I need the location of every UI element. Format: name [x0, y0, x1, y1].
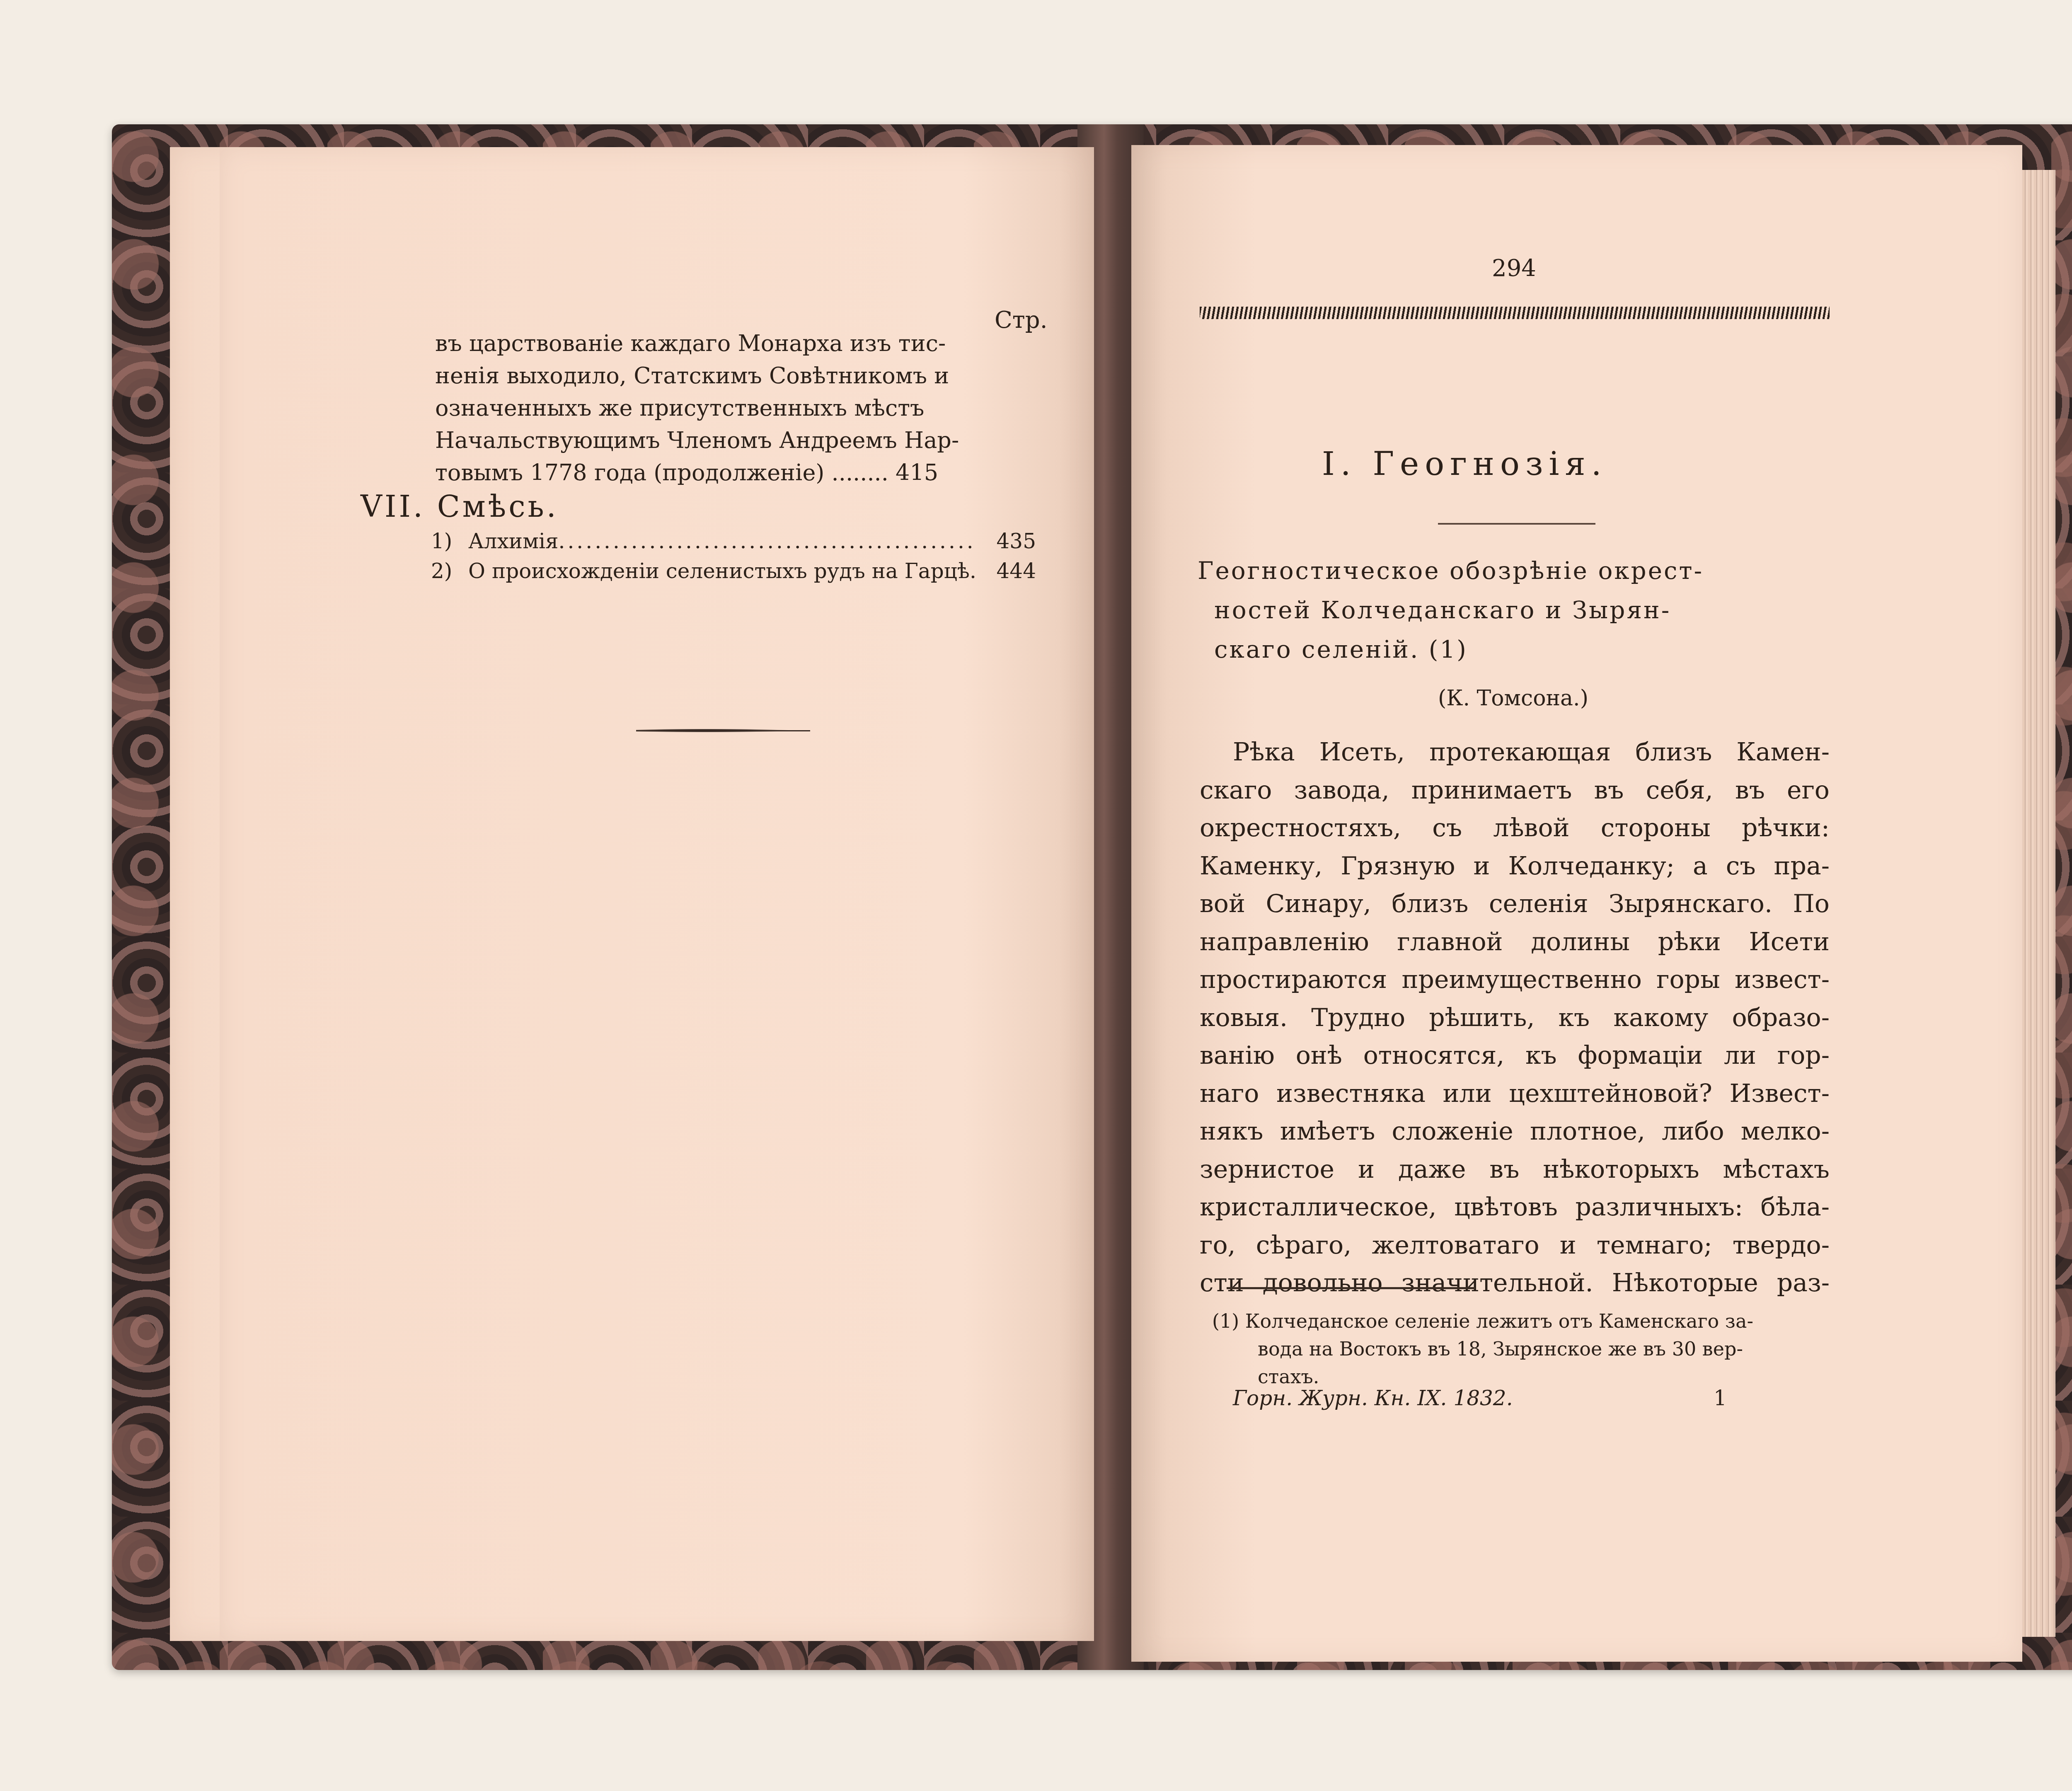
- article-title-line: ностей Колчеданскаго и Зырян-: [1198, 591, 1828, 630]
- page-edges: [2022, 170, 2055, 1637]
- body-text: Рѣка Исеть, протекающая близъ Камен- ска…: [1200, 733, 1830, 1302]
- zigzag-rule-icon: [1200, 307, 1830, 319]
- tailpiece-ornament-icon: [636, 729, 810, 733]
- toc-item-label: О происхожденіи селенистыхъ рудъ на Гарц…: [468, 556, 976, 586]
- article-title-line: скаго селеній. (1): [1198, 630, 1828, 669]
- body-line: зернистое и даже въ нѣкоторыхъ мѣстахъ: [1200, 1151, 1830, 1189]
- toc-item: 2) О происхожденіи селенистыхъ рудъ на Г…: [431, 556, 1036, 586]
- chapter-title: I. Геогнозія.: [1322, 445, 1607, 483]
- toc-line: въ царствованіе каждаго Монарха изъ тис-: [435, 327, 1036, 360]
- footnote-line: вода на Востокъ въ 18, Зырянское же въ 3…: [1212, 1335, 1846, 1363]
- body-line: вой Синару, близъ селенія Зырянскаго. По: [1200, 885, 1830, 923]
- article-title-line: Геогностическое обозрѣніе окрест-: [1198, 551, 1828, 591]
- body-line: Рѣка Исеть, протекающая близъ Камен-: [1200, 733, 1830, 772]
- body-line: кристаллическое, цвѣтовъ различныхъ: бѣл…: [1200, 1188, 1830, 1227]
- body-line: някъ имѣетъ сложеніе плотное, либо мелко…: [1200, 1113, 1830, 1151]
- body-line: го, сѣраго, желтоватаго и темнаго; тверд…: [1200, 1227, 1830, 1265]
- footnote-divider: [1227, 1287, 1475, 1289]
- toc-line: Начальствующимъ Членомъ Андреемъ Нар-: [435, 424, 1036, 457]
- toc-line: означенныхъ же присутственныхъ мѣстъ: [435, 392, 1036, 424]
- toc-item: 1) Алхимія .............................…: [431, 526, 1036, 556]
- section-heading: VII. Смѣсь.: [361, 489, 559, 524]
- body-line: ванію онѣ относятся, къ формаціи ли гор-: [1200, 1037, 1830, 1075]
- footnote-line: (1) Колчеданское селеніе лежитъ отъ Каме…: [1212, 1307, 1846, 1335]
- signature-number: 1: [1714, 1386, 1727, 1410]
- article-title: Геогностическое обозрѣніе окрест- ностей…: [1198, 551, 1828, 669]
- toc-item-page: 444: [997, 556, 1036, 586]
- divider: [1438, 523, 1595, 525]
- toc-line: товымъ 1778 года (продолженіе) ........ …: [435, 457, 1036, 489]
- toc-item-number: 1): [431, 526, 468, 556]
- toc-items: 1) Алхимія .............................…: [431, 526, 1036, 586]
- article-author: (К. Томсона.): [1438, 686, 1588, 711]
- body-line: наго известняка или цехштейновой? Извест…: [1200, 1075, 1830, 1113]
- body-line: простираются преимущественно горы извест…: [1200, 961, 1830, 999]
- footnote: (1) Колчеданское селеніе лежитъ отъ Каме…: [1212, 1307, 1846, 1391]
- body-line: сти довольно значительной. Нѣкоторые раз…: [1200, 1264, 1830, 1302]
- body-line: Каменку, Грязную и Колчеданку; а съ пра-: [1200, 847, 1830, 886]
- toc-continuation: въ царствованіе каждаго Монарха изъ тис-…: [435, 327, 1036, 489]
- body-line: ковыя. Трудно рѣшить, къ какому образо-: [1200, 999, 1830, 1037]
- toc-item-leader: ........................................…: [559, 526, 988, 556]
- toc-item-page: 435: [997, 526, 1036, 556]
- body-line: направленію главной долины рѣки Исети: [1200, 923, 1830, 961]
- body-line: окрестностяхъ, съ лѣвой стороны рѣчки:: [1200, 809, 1830, 847]
- signature-mark: Горн. Журн. Кн. IX. 1832.: [1233, 1386, 1513, 1410]
- page-number: 294: [1492, 255, 1536, 282]
- toc-item-number: 2): [431, 556, 468, 586]
- body-line: скаго завода, принимаетъ въ себя, въ его: [1200, 772, 1830, 810]
- toc-item-label: Алхимія: [468, 526, 559, 556]
- toc-line: ненія выходило, Статскимъ Совѣтникомъ и: [435, 360, 1036, 392]
